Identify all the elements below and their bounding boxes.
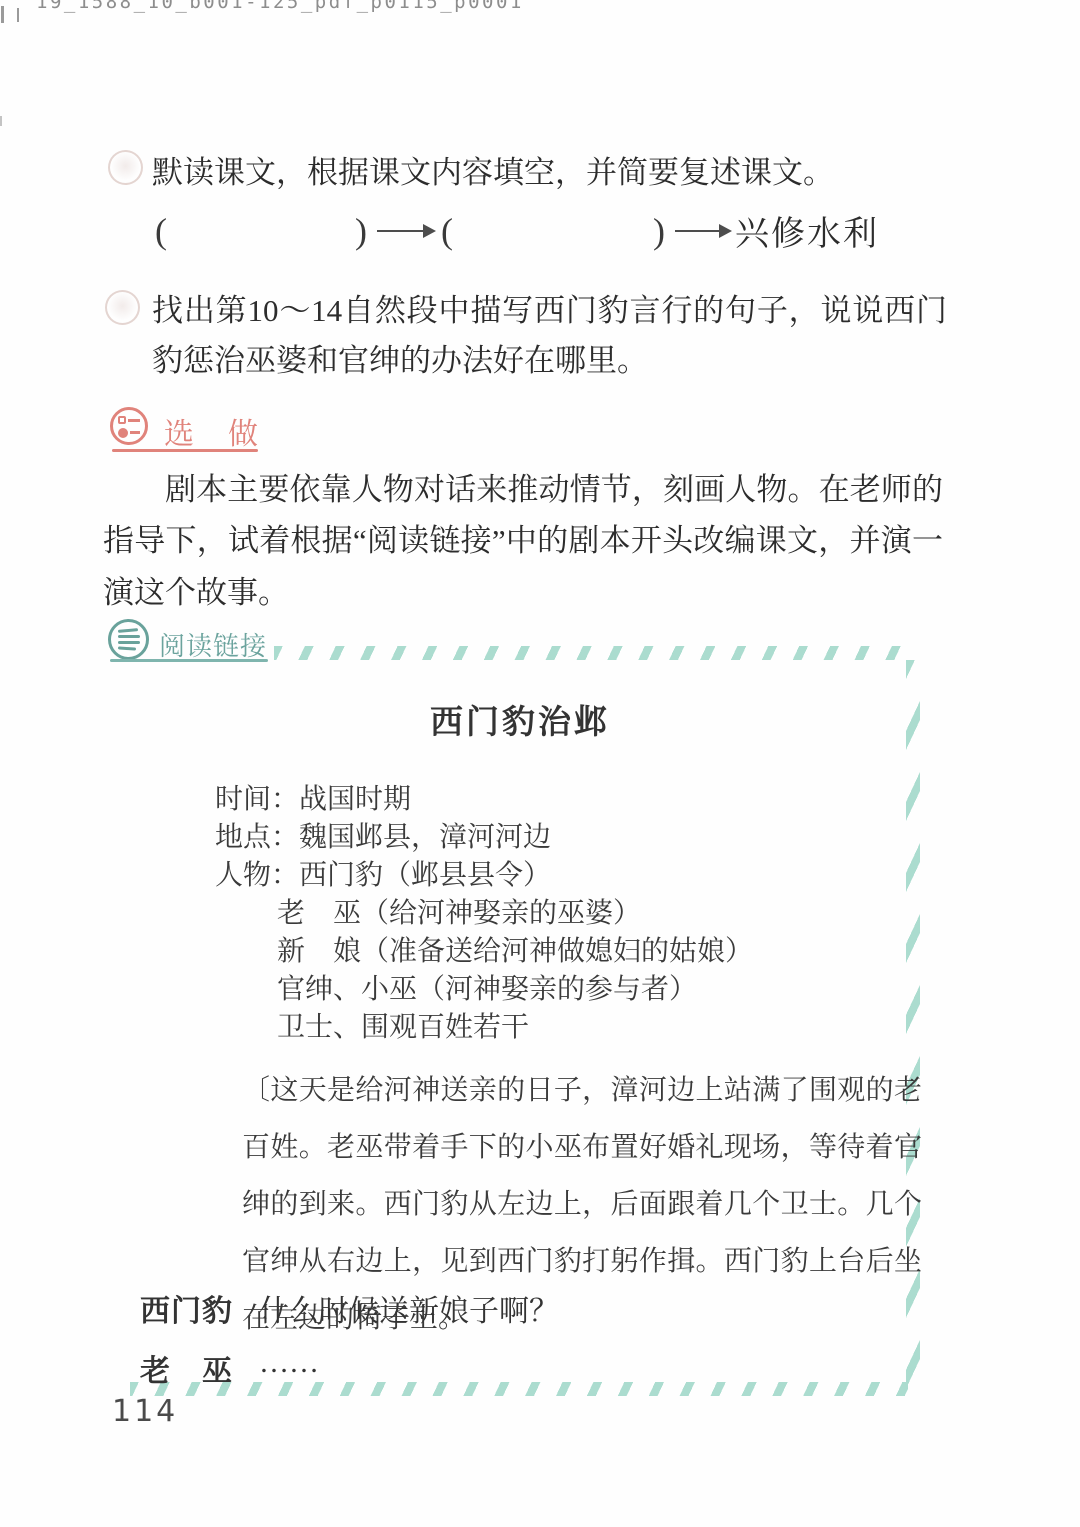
optional-underline: [112, 449, 258, 452]
script-meta-list: 时间：战国时期 地点：魏国邺县，漳河河边 人物：西门豹（邺县县令）: [215, 781, 551, 895]
fill-in-blank: ( ): [155, 210, 367, 252]
close-paren: ): [653, 210, 665, 252]
reading-link-underline: [110, 659, 268, 662]
meta-key: 人物：: [215, 860, 299, 891]
meta-row-time: 时间：战国时期: [215, 781, 551, 819]
book-pages-icon: [108, 619, 149, 660]
checklist-icon: [110, 407, 148, 445]
textbook-page: 19_1588_10_b001-125_pdf_p0115_p0001 默读课文…: [0, 0, 1080, 1527]
meta-row-characters: 人物：西门豹（邺县县令）: [215, 857, 551, 895]
meta-key: 时间：: [215, 784, 299, 815]
exercise2-text: 找出第10～14自然段中描写西门豹言行的句子，说说西门豹惩治巫婆和官绅的办法好在…: [152, 286, 947, 385]
meta-key: 地点：: [215, 822, 299, 853]
optional-section-label: 选 做: [164, 409, 260, 453]
scan-header-text: 19_1588_10_b001-125_pdf_p0115_p0001: [36, 0, 524, 13]
script-title: 西门豹治邺: [240, 696, 800, 743]
meta-value: 西门豹（邺县县令）: [299, 860, 551, 891]
exercise-bullet-icon: [105, 290, 140, 325]
exercise1-text: 默读课文，根据课文内容填空，并简要复述课文。: [152, 148, 947, 198]
fill-in-result-label: 兴修水利: [735, 206, 879, 255]
role-item: 老 巫（给河神娶亲的巫婆）: [277, 895, 753, 933]
scan-artifact: [1, 6, 4, 23]
open-paren: (: [155, 210, 167, 252]
optional-paragraph: 剧本主要依靠人物对话来推动情节，刻画人物。在老师的指导下，试着根据“阅读链接”中…: [103, 464, 943, 618]
reading-link-label: 阅读链接: [159, 626, 267, 663]
meta-value: 战国时期: [299, 784, 411, 815]
dialogue-text: 什么时候送新娘子啊？: [259, 1286, 559, 1330]
meta-row-place: 地点：魏国邺县，漳河河边: [215, 819, 551, 857]
dialogue-line: 西门豹 什么时候送新娘子啊？: [140, 1286, 559, 1330]
dialogue-line: 老 巫 ……: [140, 1346, 319, 1390]
role-item: 新 娘（准备送给河神做媳妇的姑娘）: [277, 933, 753, 971]
scan-artifact: [17, 8, 19, 22]
script-roles-list: 老 巫（给河神娶亲的巫婆） 新 娘（准备送给河神做媳妇的姑娘） 官绅、小巫（河神…: [277, 895, 753, 1047]
arrow-right-icon: [675, 230, 721, 232]
reading-box-border-top: [274, 646, 908, 660]
scan-artifact: [0, 116, 2, 126]
exercise-bullet-icon: [108, 150, 143, 185]
role-item: 卫士、围观百姓若干: [277, 1009, 753, 1047]
dialogue-speaker: 西门豹: [140, 1286, 233, 1330]
dialogue-speaker: 老 巫: [140, 1346, 233, 1390]
dialogue-text: ……: [259, 1346, 319, 1390]
fill-in-blank: ( ): [441, 210, 665, 252]
scan-header-fragment: 19_1588_10_b001-125_pdf_p0115_p0001: [36, 0, 524, 17]
meta-value: 魏国邺县，漳河河边: [299, 822, 551, 853]
role-item: 官绅、小巫（河神娶亲的参与者）: [277, 971, 753, 1009]
page-number: 114: [112, 1394, 178, 1429]
close-paren: ): [355, 210, 367, 252]
arrow-right-icon: [377, 230, 425, 232]
open-paren: (: [441, 210, 453, 252]
fill-in-blanks-row: ( ) ( ) 兴修水利: [155, 206, 879, 255]
